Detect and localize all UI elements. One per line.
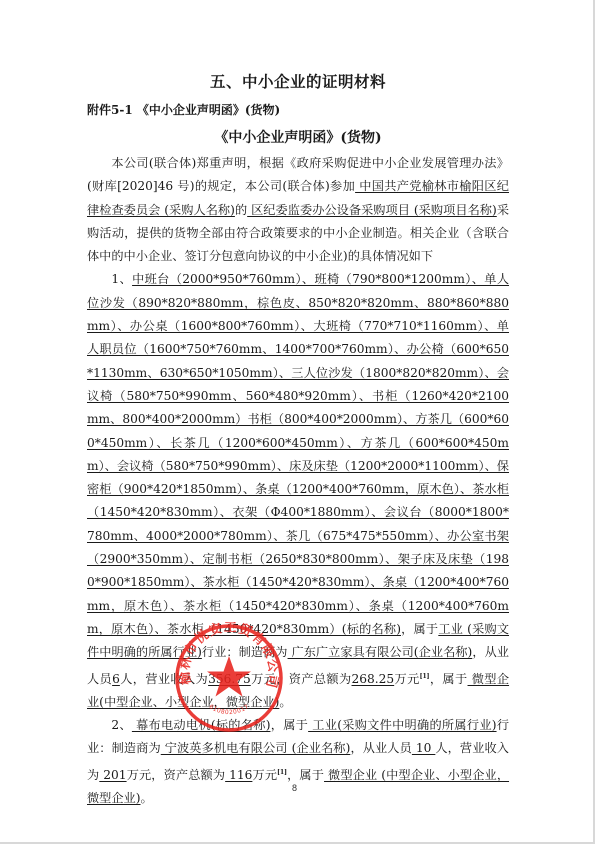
text: 。 — [141, 791, 153, 805]
declaration-title: 《中小企业声明函》(货物) — [87, 127, 509, 147]
footnote-ref[interactable]: [1] — [277, 769, 287, 776]
text: ，从业人员 — [350, 741, 412, 755]
text: 万元 — [252, 768, 277, 782]
intro-paragraph: 本公司(联合体)郑重声明，根据《政府采购促进中小企业发展管理办法》(财库[202… — [87, 152, 509, 268]
item-2-industry: 工业(采购文件中明确的所属行业) — [308, 718, 496, 732]
page-number: 8 — [292, 783, 297, 793]
project-name: 区纪委监委办公设备采购项目 (采购项目名称) — [247, 203, 497, 217]
item-number: 2、 — [111, 718, 132, 732]
declaration-body: 本公司(联合体)郑重声明，根据《政府采购促进中小企业发展管理办法》(财库[202… — [87, 152, 509, 810]
document-page: 五、中小企业的证明材料 附件5-1 《中小企业声明函》(货物) 《中小企业声明函… — [0, 0, 595, 844]
item-1-employees: 6 — [112, 672, 120, 686]
attachment-title: 附件5-1 《中小企业声明函》(货物) — [87, 101, 280, 118]
item-2-revenue: 201 — [99, 768, 126, 782]
item-2-paragraph: 2、 幕布电动电机(标的名称)，属于 工业(采购文件中明确的所属行业)行业：制造… — [87, 714, 509, 810]
text: 万元 — [394, 672, 419, 686]
text: 万元，资产总额为 — [251, 672, 352, 686]
item-1-revenue: 356.75 — [208, 672, 251, 686]
item-1-assets: 268.25 — [352, 672, 395, 686]
main-title: 五、中小企业的证明材料 — [87, 70, 509, 92]
item-1-manufacturer: 广东广立家具有限公司(企业名称) — [288, 645, 473, 659]
footnote-ref[interactable]: [1] — [420, 673, 430, 680]
text: 人，营业收入为 — [120, 672, 208, 686]
text: ，属于 — [270, 718, 308, 732]
text: ，属于 — [401, 622, 438, 636]
item-2-employees: 10 — [412, 741, 435, 755]
text: 行业：制造商为 — [202, 645, 288, 659]
item-2-goods: 幕布电动电机(标的名称) — [132, 718, 271, 732]
text: ，属于 — [430, 672, 468, 686]
item-2-assets: 116 — [225, 768, 252, 782]
intro-text: 的 — [235, 203, 247, 217]
text: 万元，资产总额为 — [127, 768, 226, 782]
text: 。 — [279, 695, 291, 709]
item-1-goods: 中班台（2000*950*760mm）、班椅（790*800*1200mm）、单… — [87, 272, 509, 635]
item-1-paragraph: 1、中班台（2000*950*760mm）、班椅（790*800*1200mm）… — [87, 268, 509, 714]
item-number: 1、 — [111, 272, 132, 286]
text: ，属于 — [287, 768, 324, 782]
item-2-manufacturer: 宁波英多机电有限公司 (企业名称) — [161, 741, 351, 755]
